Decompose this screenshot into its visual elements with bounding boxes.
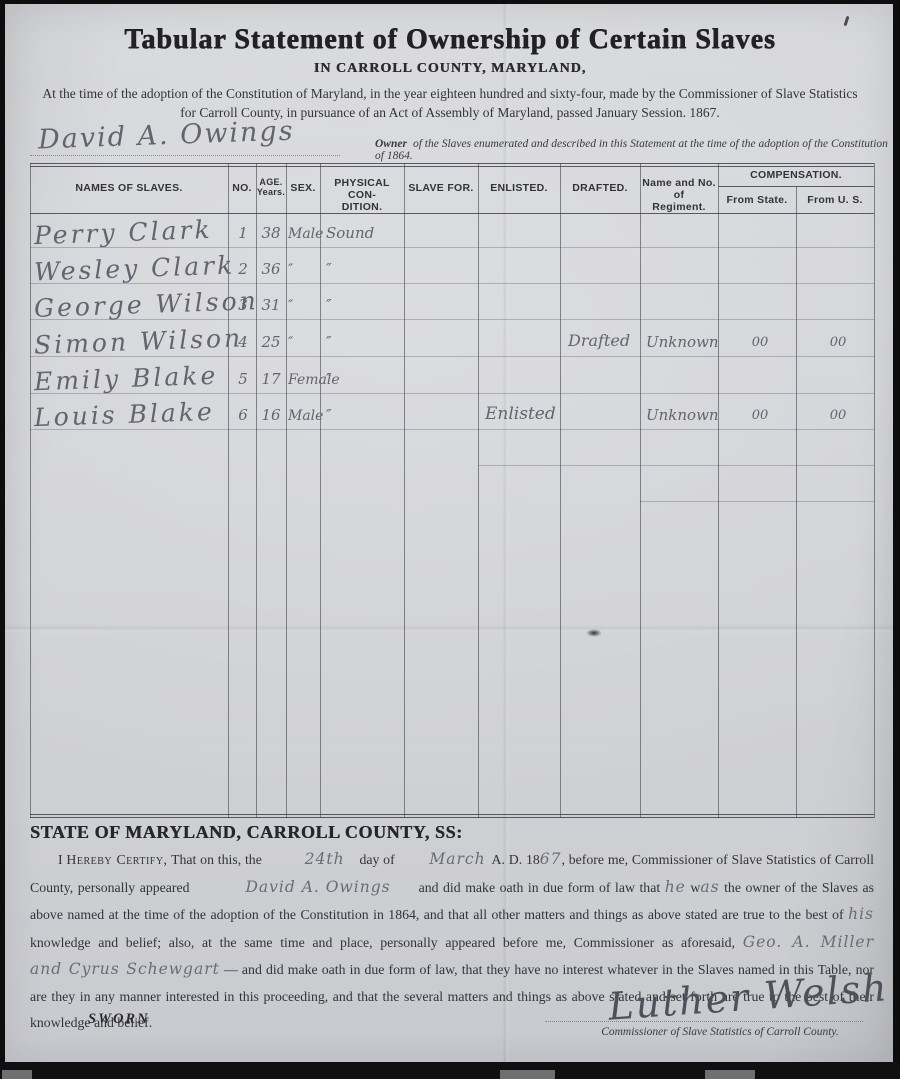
table-bottom-rule — [30, 814, 874, 815]
col-header-names: NAMES OF SLAVES. — [30, 182, 228, 194]
hw-slave-name: Simon Wilson — [34, 323, 244, 359]
table-header-rule — [30, 213, 874, 214]
hw-age: 36 — [256, 260, 286, 278]
table-bottom-rule-2 — [30, 817, 874, 818]
cert-text: and did make oath in due form of law tha… — [414, 880, 665, 895]
document-title: Tabular Statement of Ownership of Certai… — [0, 24, 900, 56]
col-header-condition-line2: DITION. — [342, 201, 383, 213]
col-header-regiment-line2: Regiment. — [652, 201, 705, 213]
hw-slave-name: Wesley Clark — [34, 250, 236, 286]
cert-text: A. D. 18 — [488, 852, 539, 867]
hw-as: as — [700, 878, 719, 896]
col-header-regiment-line1: Name and No. of — [642, 177, 716, 201]
col-header-no: NO. — [228, 182, 256, 194]
scanned-document-page: Tabular Statement of Ownership of Certai… — [0, 0, 900, 1079]
hw-month: March — [398, 846, 488, 873]
hw-condition: ″ — [326, 260, 332, 278]
table-top-rule-2 — [30, 166, 874, 167]
intro-line-1: At the time of the adoption of the Const… — [42, 86, 857, 101]
col-header-comp-us: From U. S. — [796, 194, 874, 206]
hw-number: 4 — [230, 333, 256, 351]
hw-he: he — [665, 878, 686, 896]
hw-drafted: Drafted — [568, 331, 630, 350]
hw-witness-2: and Cyrus Schewgart — [30, 960, 220, 978]
col-header-regiment: Name and No. of Regiment. — [640, 177, 718, 213]
hw-condition: ″ — [326, 370, 332, 388]
hw-age: 38 — [256, 224, 286, 242]
hw-slave-name: Louis Blake — [34, 397, 216, 432]
hw-witness-1: Geo. A. Miller — [743, 933, 874, 951]
hw-slave-name: Perry Clark — [34, 215, 213, 250]
row-rule — [478, 465, 874, 466]
certification-heading: STATE OF MARYLAND, CARROLL COUNTY, SS: — [30, 822, 874, 843]
hw-sex: Male — [288, 226, 328, 242]
table-row: Emily Blake 5 17 Female ″ — [30, 364, 874, 400]
hw-number: 6 — [230, 406, 256, 424]
scan-edge-patch — [500, 1070, 555, 1079]
hw-slave-name: Emily Blake — [34, 361, 219, 396]
cert-text: w — [686, 880, 701, 895]
hw-day: 24th — [266, 846, 356, 873]
hw-regiment: Unknown — [646, 333, 719, 351]
document-subtitle: IN CARROLL COUNTY, MARYLAND, — [0, 61, 900, 77]
table-row: George Wilson 3 31 ″ ″ — [30, 290, 874, 326]
table-column-line — [874, 163, 875, 818]
row-rule — [640, 501, 874, 502]
scan-edge-patch — [705, 1070, 755, 1079]
hw-condition: ″ — [326, 333, 332, 351]
table-top-rule — [30, 163, 874, 164]
hw-appeared-name: David A. Owings — [194, 874, 414, 901]
hw-age: 17 — [256, 370, 286, 388]
hw-number: 1 — [230, 224, 256, 242]
hw-number: 3 — [230, 296, 256, 314]
ownership-table: NAMES OF SLAVES. NO. AGE. Years. SEX. PH… — [30, 163, 874, 818]
hw-sex: Female — [288, 372, 328, 388]
owner-description: Ownerof the Slaves enumerated and descri… — [375, 138, 895, 162]
scan-edge-patch — [2, 1070, 32, 1079]
hw-age: 25 — [256, 333, 286, 351]
col-header-compensation: COMPENSATION. — [718, 169, 874, 181]
table-row: Simon Wilson 4 25 ″ ″ Drafted Unknown 00… — [30, 327, 874, 363]
col-header-slave-for: SLAVE FOR. — [404, 182, 478, 194]
hw-condition: ″ — [326, 406, 332, 424]
hw-regiment: Unknown — [646, 406, 719, 424]
hw-condition: ″ — [326, 296, 332, 314]
hw-year: 67 — [540, 850, 562, 868]
signature-title: Commissioner of Slave Statistics of Carr… — [560, 1026, 880, 1038]
table-row: Wesley Clark 2 36 ″ ″ — [30, 254, 874, 290]
hw-number: 5 — [230, 370, 256, 388]
hw-comp-us: 00 — [808, 335, 868, 350]
col-header-age: AGE. Years. — [256, 177, 286, 197]
hw-his: his — [848, 905, 874, 923]
col-header-comp-state: From State. — [718, 194, 796, 206]
hw-sex: ″ — [288, 298, 328, 314]
cert-text: knowledge and belief; also, at the same … — [30, 935, 743, 950]
table-row: Perry Clark 1 38 Male Sound — [30, 218, 874, 254]
col-header-age-line1: AGE. — [259, 177, 282, 187]
hw-comp-state: 00 — [730, 408, 790, 423]
hw-sex: ″ — [288, 262, 328, 278]
col-header-condition: PHYSICAL CON- DITION. — [320, 177, 404, 213]
hw-enlisted: Enlisted — [485, 404, 556, 424]
scan-edge-strip — [0, 1062, 900, 1079]
hw-age: 31 — [256, 296, 286, 314]
owner-label: Owner — [375, 138, 407, 150]
hw-sex: Male — [288, 408, 328, 424]
col-header-enlisted: ENLISTED. — [478, 182, 560, 194]
hw-comp-us: 00 — [808, 408, 868, 423]
hw-slave-name: George Wilson — [34, 286, 260, 323]
sworn-label: SWORN — [88, 1011, 150, 1028]
hw-comp-state: 00 — [730, 335, 790, 350]
hw-condition: Sound — [326, 224, 374, 242]
col-header-drafted: DRAFTED. — [560, 182, 640, 194]
col-header-age-line2: Years. — [257, 187, 285, 197]
hw-age: 16 — [256, 406, 286, 424]
col-header-sex: SEX. — [286, 182, 320, 194]
document-intro: At the time of the adoption of the Const… — [30, 84, 870, 122]
owner-line: David A. Owings Ownerof the Slaves enume… — [30, 128, 874, 162]
hw-number: 2 — [230, 260, 256, 278]
col-header-condition-line1: PHYSICAL CON- — [334, 177, 390, 201]
cert-certify-smallcaps: Hereby Certify, — [66, 852, 167, 867]
cert-text: That on this, the — [168, 852, 266, 867]
owner-fill-rule — [30, 155, 340, 156]
owner-description-text: of the Slaves enumerated and described i… — [375, 138, 888, 162]
cert-text: day of — [356, 852, 399, 867]
hw-sex: ″ — [288, 335, 328, 351]
table-row: Louis Blake 6 16 Male ″ Enlisted Unknown… — [30, 400, 874, 436]
